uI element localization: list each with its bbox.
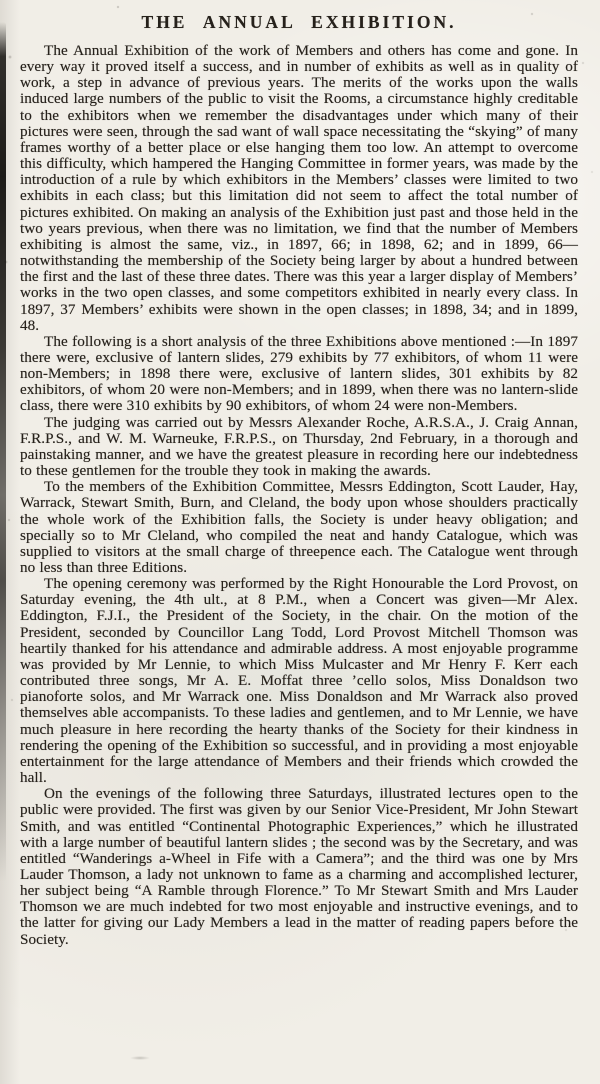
paragraph: To the members of the Exhibition Committ… <box>20 479 578 576</box>
page-title: THE ANNUAL EXHIBITION. <box>20 10 578 34</box>
paragraph: On the evenings of the following three S… <box>20 786 578 948</box>
scanned-page: THE ANNUAL EXHIBITION. The Annual Exhibi… <box>0 0 600 1084</box>
paragraph: The judging was carried out by Messrs Al… <box>20 415 578 480</box>
paragraph: The opening ceremony was performed by th… <box>20 576 578 786</box>
paragraph: The Annual Exhibition of the work of Mem… <box>20 43 578 334</box>
paragraph: The following is a short analysis of the… <box>20 334 578 415</box>
article: THE ANNUAL EXHIBITION. The Annual Exhibi… <box>0 0 600 948</box>
